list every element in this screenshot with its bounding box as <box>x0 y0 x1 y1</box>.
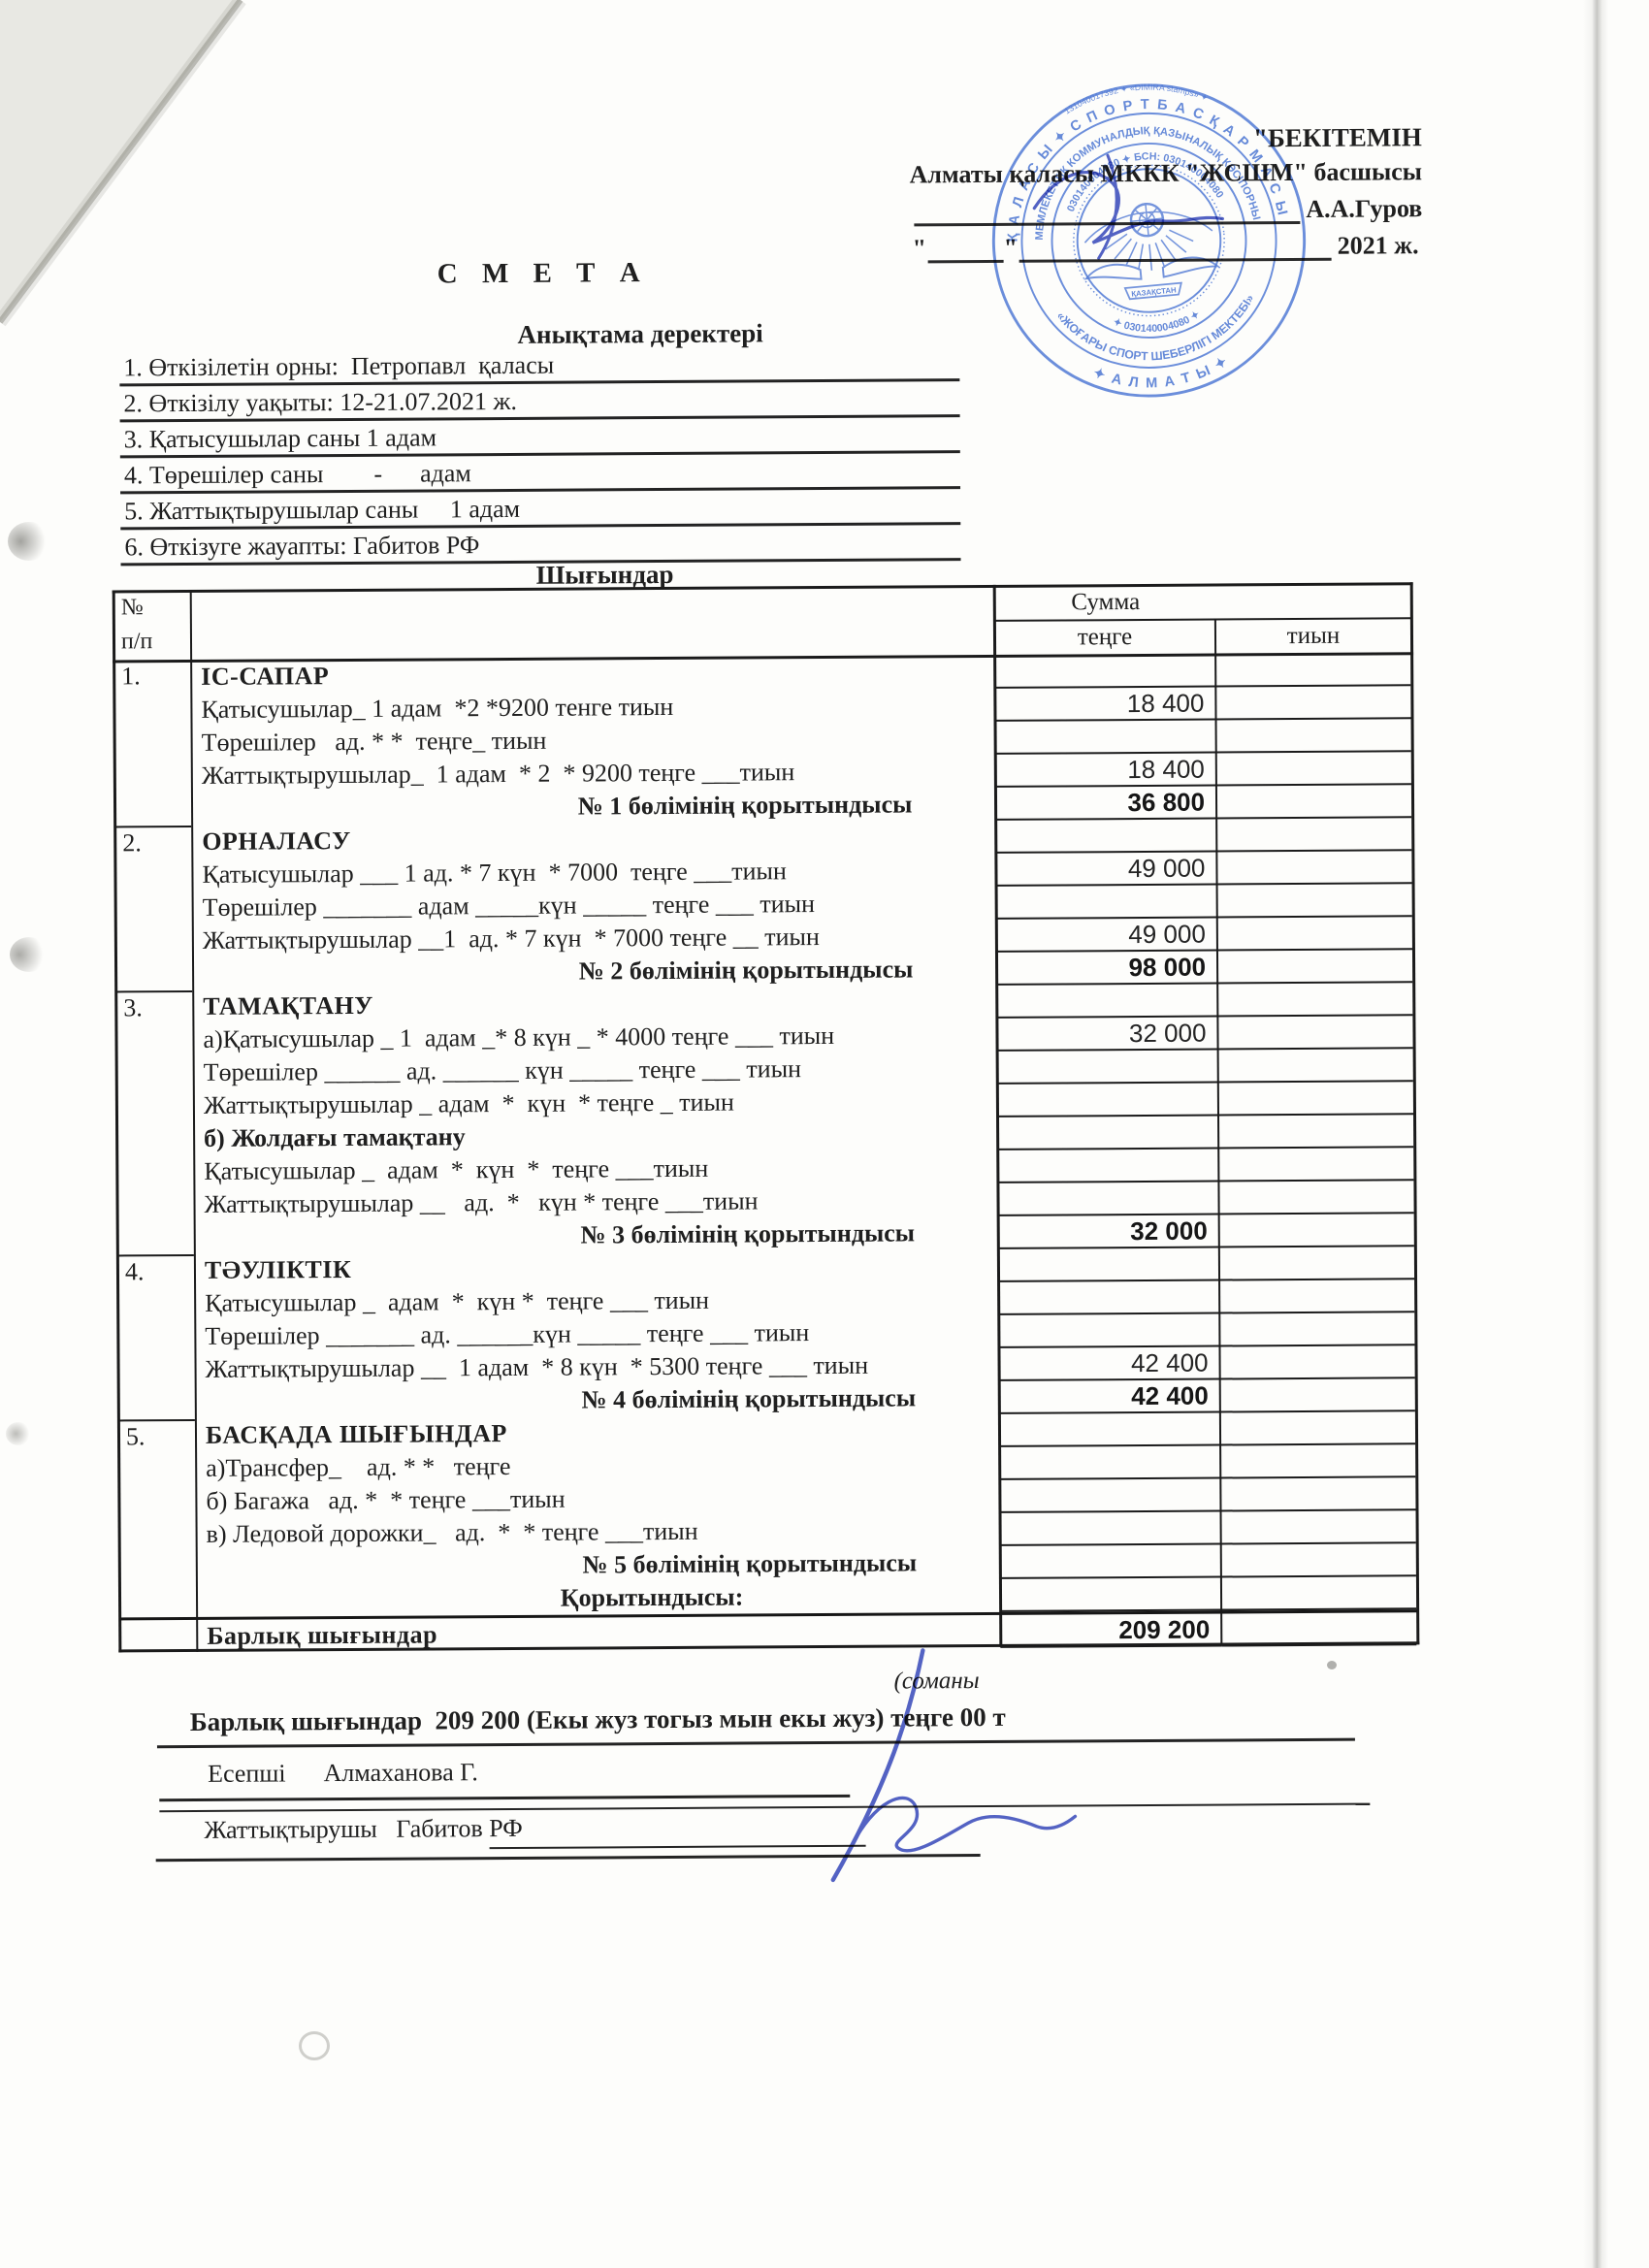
amount-tenge: 36 800 <box>995 787 1216 821</box>
trainer-label: Жаттықтырушы <box>204 1815 377 1844</box>
trainer-line: Жаттықтырушы Габитов РФ <box>204 1814 522 1845</box>
amount-tiyn <box>1219 1345 1414 1379</box>
row-num: 5. <box>118 1419 195 1452</box>
row-num <box>117 1353 194 1386</box>
row-num: 4. <box>117 1254 194 1287</box>
row-num: 3. <box>115 990 192 1023</box>
amount-tenge <box>998 1314 1219 1348</box>
row-num <box>115 891 192 924</box>
row-desc: Жаттықтырушылар_ 1 адам * 2 * 9200 теңге… <box>192 754 1073 793</box>
col-header-num-top: № <box>121 591 189 625</box>
open-quote: " <box>912 234 927 265</box>
info-line-4: 4. Төрешілер саны - адам <box>120 453 960 494</box>
accountant-label: Есепші <box>208 1759 286 1787</box>
row-desc: № 2 бөлімінің қорытындысы <box>193 952 1074 990</box>
amount-tiyn <box>1221 1612 1416 1646</box>
underline <box>159 1795 850 1801</box>
row-desc: б) Багажа ад. * * теңге ___тиын <box>196 1479 1077 1518</box>
row-desc: № 1 бөлімінің қорытындысы <box>192 787 1073 826</box>
info-line-2: 2. Өткізілу уақыты: 12-21.07.2021 ж. <box>119 381 959 422</box>
amount-tiyn <box>1216 719 1411 753</box>
amount-tenge <box>1000 1545 1221 1579</box>
amount-tenge: 49 000 <box>995 853 1216 887</box>
row-num <box>115 1023 192 1056</box>
amount-tiyn <box>1218 1082 1413 1116</box>
underline <box>157 1738 1355 1749</box>
row-num <box>113 694 190 727</box>
director-name: А.А.Гуров <box>1300 194 1422 226</box>
row-num <box>114 760 191 793</box>
row-desc: Қатысушылар_ 1 адам *2 *9200 тенге тиын <box>191 688 1072 727</box>
amount-tiyn <box>1219 1247 1414 1280</box>
row-num: 2. <box>114 826 191 859</box>
amount-tenge <box>997 1150 1218 1183</box>
spacer <box>377 1815 397 1843</box>
row-desc: Жаттықтырушылар __ 1 адам * 8 күн * 5300… <box>195 1347 1076 1386</box>
amount-tenge <box>999 1479 1220 1513</box>
col-header-sum: Сумма <box>994 586 1217 620</box>
amount-tenge <box>998 1281 1219 1315</box>
row-num <box>116 1122 193 1155</box>
row-desc: Қатысушылар ___ 1 ад. * 7 күн * 7000 тең… <box>192 853 1073 891</box>
amount-tiyn <box>1216 785 1411 819</box>
document-content: "БЕКІТЕМІН Алматы қаласы МККК "ЖСШМ" бас… <box>0 0 1649 2268</box>
amount-tenge <box>998 1248 1219 1282</box>
amount-tiyn <box>1220 1477 1415 1511</box>
row-desc: а)Қатысушылар _ 1 адам _* 8 күн _ * 4000… <box>193 1018 1074 1056</box>
row-num <box>114 793 191 826</box>
amount-tenge <box>999 1413 1220 1447</box>
amount-tenge <box>1000 1512 1221 1546</box>
row-desc: Төрешілер ______ ад. ______ күн _____ те… <box>194 1051 1075 1089</box>
row-desc: Төрешілер _______ адам _____күн _____ те… <box>193 886 1074 924</box>
scanned-smeta-document: "БЕКІТЕМІН Алматы қаласы МККК "ЖСШМ" бас… <box>0 0 1649 2268</box>
amount-tiyn <box>1217 983 1412 1017</box>
amount-tiyn <box>1215 686 1410 720</box>
year-suffix: 2021 ж. <box>1338 231 1419 263</box>
amount-tenge <box>996 985 1217 1019</box>
row-num <box>118 1452 195 1485</box>
row-desc: ОРНАЛАСУ <box>192 820 1073 859</box>
row-desc: Жаттықтырушылар _ адам * күн * теңге _ т… <box>194 1084 1075 1122</box>
amount-tiyn <box>1217 950 1412 984</box>
row-desc: Төрешілер _______ ад. ______күн _____ те… <box>195 1314 1076 1353</box>
amount-tenge <box>995 721 1216 755</box>
row-desc: Қатысушылар _ адам * күн * теңге ___тиын <box>194 1150 1075 1188</box>
row-num <box>116 1155 193 1188</box>
amount-tenge <box>1000 1578 1221 1612</box>
amount-tiyn <box>1217 1016 1412 1050</box>
row-desc: ТАМАҚТАНУ <box>193 985 1074 1023</box>
row-num <box>117 1320 194 1353</box>
amount-tenge: 209 200 <box>1000 1614 1221 1648</box>
row-desc: Төрешілер ад. * * теңге_ тиын <box>192 721 1073 760</box>
amount-tiyn <box>1221 1576 1416 1610</box>
row-desc: в) Ледовой дорожки_ ад. * * теңге ___тиы… <box>197 1512 1078 1551</box>
underline <box>490 1845 866 1849</box>
amount-tiyn <box>1219 1280 1414 1313</box>
amount-tiyn <box>1215 653 1410 687</box>
row-desc: № 3 бөлімінің қорытындысы <box>195 1215 1076 1254</box>
amount-tenge: 98 000 <box>996 952 1217 986</box>
amount-tenge <box>997 1084 1218 1118</box>
info-line-5: 5. Жаттықтырушылар саны 1 адам <box>120 489 960 530</box>
amount-tiyn <box>1216 818 1411 852</box>
row-desc: ТӘУЛІКТІК <box>195 1248 1076 1287</box>
row-num <box>116 1056 193 1089</box>
amount-tenge <box>997 1051 1218 1085</box>
amount-tiyn <box>1220 1411 1415 1445</box>
amount-tiyn <box>1218 1181 1413 1215</box>
amount-tiyn <box>1217 884 1412 918</box>
amount-tenge: 18 400 <box>995 754 1216 788</box>
row-num <box>119 1620 196 1653</box>
spacer <box>285 1759 323 1787</box>
row-num: 1. <box>113 661 190 694</box>
row-num <box>117 1287 194 1320</box>
col-header-num: № п/п <box>117 591 189 659</box>
underline <box>156 1854 981 1862</box>
amount-tiyn <box>1217 917 1412 951</box>
amount-tiyn <box>1218 1115 1413 1149</box>
row-num <box>119 1584 196 1617</box>
row-num <box>119 1518 196 1551</box>
underline <box>159 1803 1370 1813</box>
row-desc: ІС-САПАР <box>191 655 1072 694</box>
row-num <box>116 1188 193 1221</box>
row-desc: б) Жолдағы тамақтану <box>194 1117 1075 1155</box>
row-num <box>118 1485 195 1518</box>
row-desc: Жаттықтырушылар __1 ад. * 7 күн * 7000 т… <box>193 919 1074 957</box>
row-num <box>116 1089 193 1122</box>
expenses-table-body: 1.ІС-САПАР Қатысушылар_ 1 адам *2 *9200 … <box>113 653 1417 1650</box>
accountant-line: Есепші Алмаханова Г. <box>208 1758 478 1789</box>
row-desc: Қатысушылар _ адам * күн * теңге ___ тиы… <box>195 1281 1076 1320</box>
grand-total-line: Барлық шығындар 209 200 (Екы жуз тогыз м… <box>190 1701 1354 1737</box>
row-num <box>117 1221 194 1254</box>
row-num <box>115 924 192 957</box>
amount-tiyn <box>1216 851 1411 885</box>
amount-tenge: 42 400 <box>999 1380 1220 1414</box>
amount-tenge: 18 400 <box>994 688 1215 722</box>
row-desc: Барлық шығындар <box>197 1614 1078 1653</box>
page-title: С М Е Т А <box>349 257 737 291</box>
amount-tiyn <box>1216 752 1411 786</box>
amount-tenge: 42 400 <box>998 1347 1219 1381</box>
amount-tiyn <box>1218 1049 1413 1083</box>
amount-tenge <box>997 1117 1218 1150</box>
row-desc: № 4 бөлімінің қорытындысы <box>196 1380 1077 1419</box>
amount-tenge <box>994 655 1215 689</box>
trainer-name: Габитов РФ <box>396 1814 523 1843</box>
amount-tenge <box>996 886 1217 920</box>
official-round-stamp: 131040017392 ✦ «DIMIRA stamps» ✦ Қ А Л А… <box>975 66 1323 414</box>
info-line-1: 1. Өткізілетін орны: Петропавл қаласы <box>119 345 959 386</box>
amount-tiyn <box>1219 1312 1414 1346</box>
amount-tenge <box>995 820 1216 854</box>
amount-tenge: 32 000 <box>998 1215 1219 1249</box>
amount-tenge <box>997 1183 1218 1216</box>
row-desc: а)Трансфер_ ад. * * теңге <box>196 1446 1077 1485</box>
row-num <box>115 957 192 990</box>
row-num <box>119 1551 196 1584</box>
amount-tiyn <box>1219 1214 1414 1247</box>
amount-tiyn <box>1220 1444 1415 1478</box>
col-header-tiyn: тиын <box>1215 619 1411 653</box>
sum-in-words-note: (соманы <box>893 1668 979 1696</box>
row-num <box>118 1386 195 1419</box>
info-line-3: 3. Қатысушылар саны 1 адам <box>120 417 960 458</box>
col-header-tenge: теңге <box>994 621 1215 655</box>
amount-tenge: 49 000 <box>996 919 1217 953</box>
amount-tenge <box>999 1446 1220 1480</box>
table-row-total: Барлық шығындар209 200 <box>119 1609 1417 1653</box>
amount-tiyn <box>1221 1510 1416 1544</box>
row-num <box>114 859 191 891</box>
amount-tiyn <box>1221 1543 1416 1577</box>
row-desc: БАСҚАДА ШЫҒЫНДАР <box>196 1413 1077 1452</box>
amount-tiyn <box>1218 1148 1413 1182</box>
row-desc: Қорытындысы: <box>197 1578 1078 1617</box>
row-desc: № 5 бөлімінің қорытындысы <box>197 1545 1078 1584</box>
col-header-num-bottom: п/п <box>121 625 189 659</box>
row-desc: Жаттықтырушылар __ ад. * күн * теңге ___… <box>194 1183 1075 1221</box>
accountant-name: Алмаханова Г. <box>323 1758 477 1787</box>
amount-tenge: 32 000 <box>996 1018 1217 1052</box>
amount-tiyn <box>1220 1378 1415 1412</box>
row-num <box>114 727 191 760</box>
